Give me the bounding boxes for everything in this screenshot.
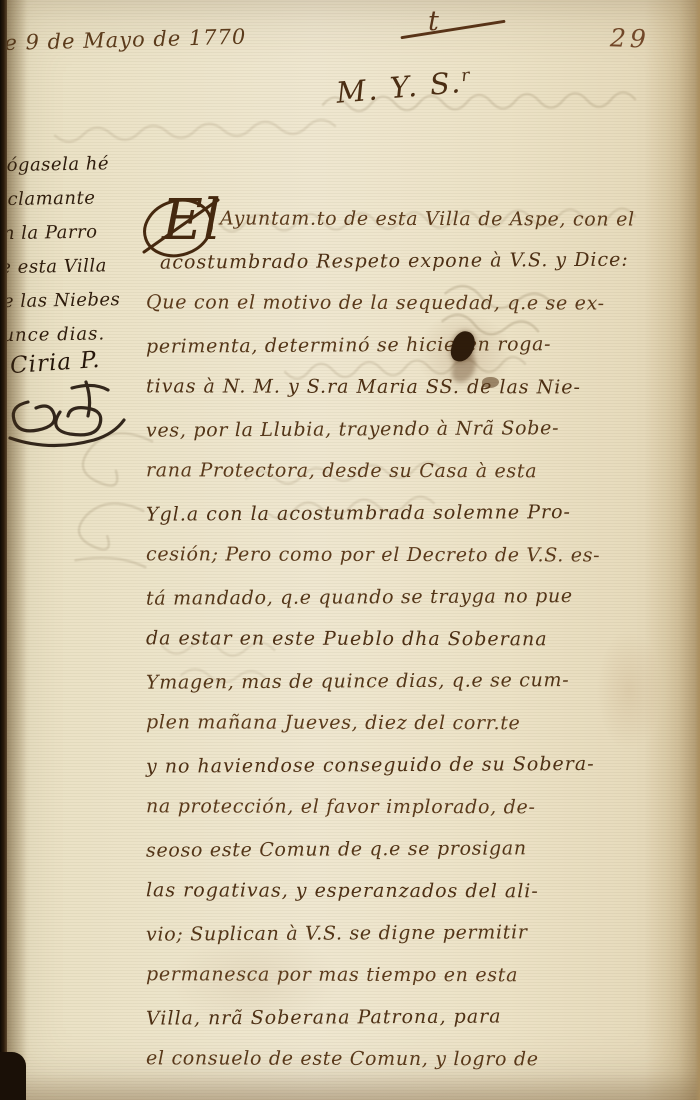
folio-number: 29 <box>610 23 651 53</box>
strikethrough-line <box>400 20 505 40</box>
body-line: acostumbrado Respeto expone à V.S. y Dic… <box>146 238 686 283</box>
salutation: M. Y. S.r <box>335 64 474 110</box>
body-line: tá mandado, q.e quando se trayga no pue <box>146 574 686 619</box>
body-line: Ymagen, mas de quince dias, q.e se cum- <box>146 658 686 703</box>
binding-corner <box>0 1052 26 1100</box>
binding-edge <box>0 0 7 1100</box>
date-line: pe 9 de Mayo de 1770 <box>0 25 247 56</box>
body-text: El Ayuntam.to de esta Villa de Aspe, con… <box>146 198 686 1080</box>
body-line: rana Protectora, desde su Casa à esta <box>146 449 686 492</box>
body-line: y no haviendose conseguido de su Sobera- <box>146 742 686 787</box>
crossed-out-mark: t <box>398 4 510 44</box>
body-line: Ygl.a con la acostumbrada solemne Pro- <box>146 490 686 535</box>
page: pe 9 de Mayo de 1770 t 29 M. Y. S.r róga… <box>0 0 700 1100</box>
body-line: Que con el motivo de la sequedad, q.e se… <box>146 281 686 324</box>
body-line: ves, por la Llubia, trayendo à Nrã Sobe- <box>146 406 686 451</box>
body-line: tivas à N. M. y S.ra Maria SS. de las Ni… <box>146 365 686 408</box>
body-line: las rogativas, y esperanzados del ali- <box>146 869 686 912</box>
body-line: na protección, el favor implorado, de- <box>146 785 686 828</box>
page-edge-right <box>695 0 700 1100</box>
body-line: vio; Suplican à V.S. se digne permitir <box>146 910 686 955</box>
body-line: Villa, nrã Soberana Patrona, para <box>146 994 686 1039</box>
body-line: Ayuntam.to de esta Villa de Aspe, con el <box>146 197 686 240</box>
bleedthrough-ghost-text <box>40 111 341 149</box>
salutation-superscript: r <box>460 65 472 86</box>
body-line: el consuelo de este Comun, y logro de <box>146 1037 686 1080</box>
body-line: perimenta, determinó se hicieren roga- <box>146 322 686 367</box>
body-line: da estar en este Pueblo dha Soberana <box>146 617 686 660</box>
body-line: seoso este Comun de q.e se prosigan <box>146 826 686 871</box>
binding-shadow <box>7 0 27 1100</box>
body-line: permanesca por mas tiempo en esta <box>146 953 686 996</box>
salutation-text: M. Y. S. <box>335 65 464 110</box>
manuscript-scan: { "page": { "date_line": "pe 9 de Mayo d… <box>0 0 700 1100</box>
body-line: plen mañana Jueves, diez del corr.te <box>146 701 686 744</box>
body-line: cesión; Pero como por el Decreto de V.S.… <box>146 533 686 576</box>
